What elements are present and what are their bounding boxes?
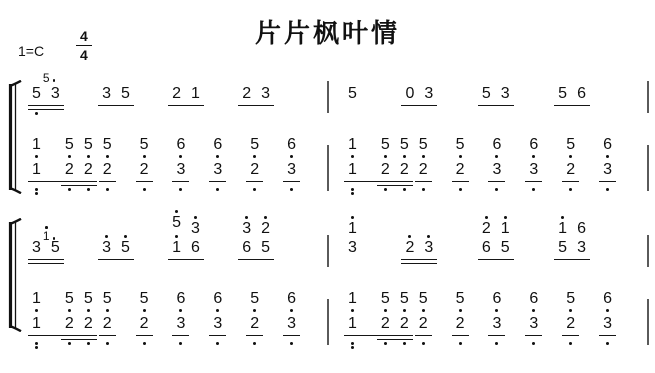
chord-top-note: 5 (103, 136, 112, 159)
note-digit: 6 (191, 239, 200, 256)
beam-line (98, 259, 134, 261)
cells-row: 63 (598, 136, 617, 196)
measure: 553352123 (25, 85, 327, 120)
measure: 5035356 (329, 85, 647, 120)
note-cell: 52 (561, 136, 580, 196)
cells-row: 53 (477, 85, 515, 120)
beam-line (283, 181, 300, 183)
octave-dot-below (216, 309, 219, 312)
note: 5 (121, 85, 130, 102)
note-digit: 2 (242, 85, 251, 102)
note-digit: 6 (577, 85, 586, 102)
note: 2 (140, 315, 149, 332)
note: 1 (191, 85, 200, 102)
note-digit: 3 (501, 85, 510, 102)
chord-top-note: 3 (191, 214, 200, 237)
note-digit: 2 (140, 315, 149, 332)
note: 3 (176, 315, 185, 332)
note: 2 (381, 315, 390, 332)
note-digit: 1 (32, 290, 41, 307)
note-digit: 5 (103, 290, 112, 307)
note-cell: 15 (553, 214, 572, 274)
chord-top-note: 5 (456, 290, 465, 313)
cells-row: 1563 (553, 214, 591, 274)
octave-dot-below (495, 342, 498, 345)
note: 2 (250, 315, 259, 332)
note-group: 52 (451, 136, 470, 196)
barline (647, 299, 649, 345)
octave-dot-below (216, 342, 219, 345)
note-group: 35 (97, 233, 135, 274)
octave-dot-below (532, 188, 535, 191)
beam-line (452, 181, 469, 183)
note-digit: 3 (529, 315, 538, 332)
note-digit: 3 (424, 239, 433, 256)
cells-row: 52 (245, 290, 264, 350)
note: 2 (566, 315, 575, 332)
octave-dot-below (422, 309, 425, 312)
octave-dot-below (35, 342, 38, 345)
barline (647, 235, 649, 267)
note-cell: 5 (343, 85, 362, 120)
note: 2 (65, 315, 74, 332)
beam-line (488, 181, 505, 183)
beam-line (168, 105, 204, 107)
note: 2 (250, 161, 259, 178)
note-digit: 5 (140, 136, 149, 153)
measure: 115252525263635263 (329, 136, 647, 196)
cells-row: 63 (487, 290, 506, 350)
octave-dot-above (245, 216, 248, 219)
note-digit: 1 (172, 239, 181, 256)
cells-row: 56 (553, 85, 591, 120)
note-group: 1563 (553, 214, 591, 274)
octave-dot-below (87, 155, 90, 158)
measure: 115252525263635263 (25, 290, 327, 350)
octave-dot-below (459, 155, 462, 158)
note-cell: 2 (167, 85, 186, 120)
note-cell: 52 (245, 136, 264, 196)
cells-row: 13 (343, 214, 362, 274)
note-digit: 5 (172, 214, 181, 231)
cells-row: 63 (208, 290, 227, 350)
octave-dot-below (253, 188, 256, 191)
note-digit: 5 (121, 85, 130, 102)
beam-line (28, 335, 97, 337)
note-digit: 5 (400, 136, 409, 153)
note-cell: 63 (487, 290, 506, 350)
note-digit: 6 (577, 220, 586, 237)
note-digit: 2 (400, 161, 409, 178)
note-digit: 2 (140, 161, 149, 178)
octave-dot-below (569, 309, 572, 312)
note-digit: 3 (603, 161, 612, 178)
beam-line (28, 263, 64, 265)
chord-top-note: 5 (65, 136, 74, 159)
beam-line (525, 335, 542, 337)
octave-dot-below (143, 309, 146, 312)
cells-row: 23 (400, 233, 438, 274)
note-cell: 63 (282, 290, 301, 350)
note-cell: 3 (256, 85, 275, 120)
octave-dot-below (290, 342, 293, 345)
note-digit: 1 (348, 136, 357, 153)
note-digit: 1 (348, 220, 357, 237)
chord-top-note: 1 (32, 290, 41, 313)
note-cell: 63 (208, 290, 227, 350)
system-1: 5533521235035356115252525263635263115252… (4, 68, 655, 196)
note-group: 63 (487, 290, 506, 350)
octave-dot-below (532, 309, 535, 312)
octave-dot-below (351, 188, 354, 191)
note-group: 63 (171, 290, 190, 350)
note-digit: 5 (32, 85, 41, 102)
beam-line (28, 109, 64, 111)
time-numerator: 4 (76, 28, 92, 46)
note-group: 52 (135, 136, 154, 196)
note-cell: 2 (400, 233, 419, 274)
cells-row: 21 (167, 85, 205, 120)
note-digit: 1 (32, 161, 41, 178)
note-cell: 63 (598, 290, 617, 350)
octave-dot-below (68, 342, 71, 345)
octave-dot-below (143, 342, 146, 345)
note: 3 (213, 161, 222, 178)
octave-dot-below (253, 342, 256, 345)
note: 2 (419, 315, 428, 332)
note-cell: 3 (97, 233, 116, 274)
note-cell: 63 (171, 290, 190, 350)
note-cell: 3 (46, 85, 65, 120)
chord-top-note: 2 (482, 214, 491, 237)
note-digit: 3 (577, 239, 586, 256)
note-cell: 3 (419, 233, 438, 274)
octave-dot-below (106, 155, 109, 158)
note-cell: 11 (27, 136, 46, 196)
octave-dot-below (495, 309, 498, 312)
note-digit: 1 (32, 136, 41, 153)
beam-line (136, 181, 153, 183)
octave-dot-below (35, 309, 38, 312)
system-bracket-icon (4, 218, 22, 332)
chord-top-note: 5 (419, 290, 428, 313)
note: 6 (577, 85, 586, 102)
chord-top-note: 6 (529, 136, 538, 159)
cells-row: 63 (282, 290, 301, 350)
octave-dot-below (35, 188, 38, 191)
note-cell: 2 (237, 85, 256, 120)
chord-top-note: 6 (213, 290, 222, 313)
augmentation-dot (53, 237, 56, 240)
note-digit: 6 (492, 290, 501, 307)
beam-line (525, 181, 542, 183)
note-cell: 63 (598, 136, 617, 196)
beam-line (452, 335, 469, 337)
beam-line (401, 259, 437, 261)
note: 5 (501, 239, 510, 256)
note-group: 52 (245, 290, 264, 350)
note-cell: 13 (343, 214, 362, 274)
octave-dot-below (351, 342, 354, 345)
note-cell: 11 (27, 290, 46, 350)
note-cell: 5 (116, 233, 135, 274)
cells-row: 63 (487, 136, 506, 196)
note-digit: 3 (213, 161, 222, 178)
note-cell: 63 (487, 136, 506, 196)
time-denominator: 4 (76, 46, 92, 63)
cells-row: 63 (171, 136, 190, 196)
octave-dot-below (495, 155, 498, 158)
note-digit: 5 (84, 136, 93, 153)
note-cell: 52 (414, 136, 433, 196)
octave-dot-below (253, 309, 256, 312)
measure: 1353551363625 (25, 208, 327, 274)
note-group: 63 (598, 136, 617, 196)
note-cell: 63 (282, 136, 301, 196)
sheet-music-page: 片片枫叶情 1=C 4 4 55335212350353561152525252… (0, 0, 655, 373)
note-cell: 3 (419, 85, 438, 120)
note-digit: 5 (482, 85, 491, 102)
chord-top-note: 6 (492, 136, 501, 159)
beam-line (599, 335, 616, 337)
cells-row: 52 (561, 136, 580, 196)
note-cell: 63 (572, 220, 591, 274)
note-digit: 2 (419, 315, 428, 332)
octave-dot-below (290, 309, 293, 312)
note-cell: 52 (561, 290, 580, 350)
octave-dot-below (106, 342, 109, 345)
note-cell: 5 (46, 239, 65, 274)
beam-line (98, 105, 134, 107)
note-digit: 1 (43, 230, 50, 242)
note: 3 (32, 239, 41, 256)
cells-row: 11525252 (27, 290, 117, 350)
octave-dot-below (495, 188, 498, 191)
note-digit: 5 (250, 136, 259, 153)
octave-dot-below (532, 155, 535, 158)
note-digit: 5 (43, 72, 50, 84)
note-digit: 3 (348, 239, 357, 256)
octave-dot-below (179, 188, 182, 191)
note-group: 11525252 (27, 136, 117, 196)
chord-top-note: 5 (103, 290, 112, 313)
note-cell: 52 (60, 136, 79, 196)
note-cell: 52 (395, 136, 414, 196)
note-digit: 2 (261, 220, 270, 237)
note-digit: 2 (84, 161, 93, 178)
note: 2 (400, 315, 409, 332)
chord-top-note: 5 (65, 290, 74, 313)
note-digit: 2 (400, 315, 409, 332)
beam-line (599, 181, 616, 183)
note: 3 (102, 233, 111, 256)
cells-row: 3625 (237, 214, 275, 274)
song-title: 片片枫叶情 (0, 0, 655, 50)
octave-dot-below (459, 188, 462, 191)
note-digit: 6 (603, 290, 612, 307)
note-cell: 5 (27, 85, 46, 120)
beam-line (344, 181, 413, 183)
augmentation-dot (53, 79, 56, 82)
beam-line (488, 335, 505, 337)
note-digit: 2 (405, 239, 414, 256)
barline (647, 145, 649, 191)
barline (647, 81, 649, 113)
beam-line (209, 335, 226, 337)
note-digit: 6 (529, 290, 538, 307)
note-digit: 3 (261, 85, 270, 102)
octave-dot-above (485, 216, 488, 219)
note: 2 (456, 161, 465, 178)
note-digit: 5 (261, 239, 270, 256)
note: 3 (51, 85, 60, 102)
note: 3 (102, 85, 111, 102)
note-group: 63 (171, 136, 190, 196)
note-digit: 6 (529, 136, 538, 153)
note: 2 (242, 85, 251, 102)
note-digit: 1 (348, 315, 357, 332)
chord-top-note: 1 (558, 214, 567, 237)
note-digit: 5 (400, 290, 409, 307)
chord-top-note: 5 (419, 136, 428, 159)
note: 3 (603, 315, 612, 332)
note-digit: 3 (529, 161, 538, 178)
note-group: 53 (477, 85, 515, 120)
note: 2 (140, 161, 149, 178)
note-digit: 2 (381, 315, 390, 332)
note-cell: 36 (237, 214, 256, 274)
octave-dot-below (216, 155, 219, 158)
note-cell: 52 (376, 290, 395, 350)
note: 0 (405, 85, 414, 102)
measure: 115252525263635263 (329, 290, 647, 350)
beam-line (61, 185, 97, 187)
cells-row: 53 (27, 85, 65, 120)
octave-dot-above (105, 235, 108, 238)
octave-dot-below (351, 309, 354, 312)
cells-row: 63 (171, 290, 190, 350)
note-digit: 1 (501, 220, 510, 237)
chord-top-note: 6 (213, 136, 222, 159)
key-signature: 1=C (18, 43, 44, 59)
octave-dot-below (290, 155, 293, 158)
chord-top-note: 6 (529, 290, 538, 313)
chord-top-note: 1 (348, 290, 357, 313)
note-cell: 3 (27, 239, 46, 274)
note: 5 (261, 239, 270, 256)
note: 3 (176, 161, 185, 178)
octave-dot-below (143, 188, 146, 191)
octave-dot-above (175, 210, 178, 213)
chord-top-note: 1 (348, 214, 357, 237)
note-group: 56 (553, 85, 591, 120)
beam-line (377, 185, 413, 187)
note-digit: 6 (287, 136, 296, 153)
note-digit: 5 (419, 290, 428, 307)
beam-line (209, 181, 226, 183)
octave-dot-below (606, 155, 609, 158)
score: 5533521235035356115252525263635263115252… (0, 68, 655, 350)
octave-dot-below (253, 155, 256, 158)
note-group: 63 (208, 290, 227, 350)
beam-line (562, 335, 579, 337)
octave-dot-below (422, 155, 425, 158)
beam-line (28, 105, 64, 107)
beam-line (246, 181, 263, 183)
note-group: 63 (487, 136, 506, 196)
note-group: 63 (598, 290, 617, 350)
note-digit: 6 (176, 290, 185, 307)
cells-row: 23 (237, 85, 275, 120)
note: 2 (381, 161, 390, 178)
note-digit: 3 (102, 85, 111, 102)
note: 3 (287, 315, 296, 332)
note-digit: 5 (65, 136, 74, 153)
cells-row: 11525252 (343, 136, 433, 196)
note-digit: 3 (176, 315, 185, 332)
note-digit: 5 (566, 290, 575, 307)
beam-line (238, 105, 274, 107)
note-digit: 6 (603, 136, 612, 153)
beam-line (168, 259, 204, 261)
note-digit: 1 (558, 220, 567, 237)
cells-row: 52 (561, 290, 580, 350)
note-cell: 52 (376, 136, 395, 196)
octave-dot-above (351, 216, 354, 219)
staves: 1353551363625132326151563115252525263635… (22, 206, 655, 350)
note-group: 2615 (477, 214, 515, 274)
beam-line (238, 259, 274, 261)
octave-dot-below (87, 309, 90, 312)
octave-dot-below (106, 188, 109, 191)
octave-dot-below (384, 188, 387, 191)
note-digit: 5 (419, 136, 428, 153)
chord-top-note: 5 (84, 136, 93, 159)
chord-top-note: 5 (140, 290, 149, 313)
note-group: 35 (97, 85, 135, 120)
note: 2 (456, 315, 465, 332)
octave-dot-below (179, 309, 182, 312)
note-cell: 5 (477, 85, 496, 120)
octave-dot-below (422, 342, 425, 345)
beam-line (478, 259, 514, 261)
score-header: 片片枫叶情 1=C 4 4 (0, 0, 655, 68)
octave-dot-above (561, 216, 564, 219)
note-cell: 52 (395, 290, 414, 350)
note-group: 63 (208, 136, 227, 196)
melody-staff: 1353551363625132326151563 (25, 208, 649, 274)
beam-line (61, 339, 97, 341)
note: 5 (558, 85, 567, 102)
chord-top-note: 5 (400, 136, 409, 159)
cells-row: 11525252 (27, 136, 117, 196)
note-digit: 1 (348, 290, 357, 307)
cells-row: 2615 (477, 214, 515, 274)
note-digit: 6 (176, 136, 185, 153)
note-digit: 5 (121, 239, 130, 256)
note-digit: 3 (424, 85, 433, 102)
octave-dot-below (216, 188, 219, 191)
beam-line (28, 181, 97, 183)
note-group: 5136 (167, 208, 205, 274)
note-digit: 6 (242, 239, 251, 256)
octave-dot-below (403, 342, 406, 345)
cells-row: 5 (343, 85, 362, 120)
note: 3 (577, 239, 586, 256)
note-cell: 52 (451, 136, 470, 196)
beam-line (478, 105, 514, 107)
note: 5 (348, 85, 357, 102)
